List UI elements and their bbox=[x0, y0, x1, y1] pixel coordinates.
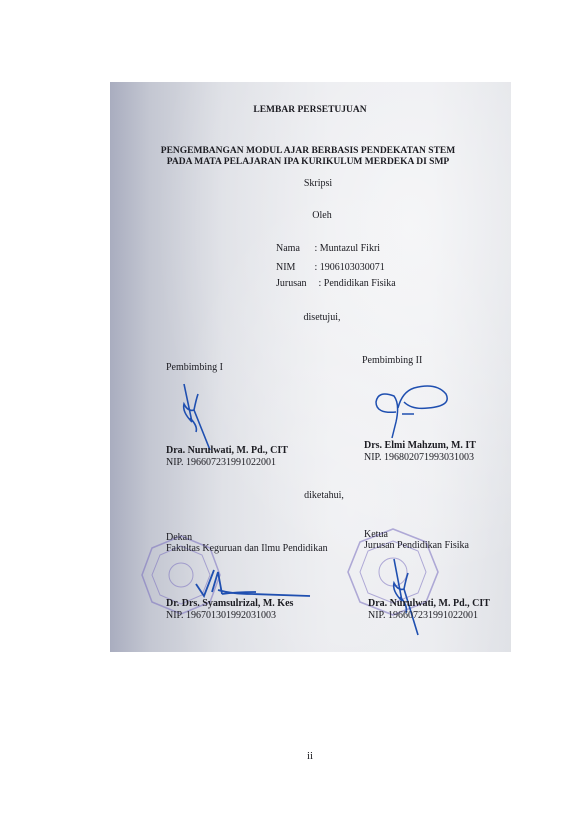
field-value: : 1906103030071 bbox=[315, 262, 385, 273]
author-nim-row: NIM : 1906103030071 bbox=[276, 262, 385, 273]
author-department-row: Jurusan : Pendidikan Fisika bbox=[276, 278, 396, 289]
supervisor-2-nip: NIP. 196802071993031003 bbox=[364, 452, 474, 464]
signature-dean bbox=[192, 562, 312, 602]
approved-label: disetujui, bbox=[304, 312, 341, 324]
dean-unit: Fakultas Keguruan dan Ilmu Pendidikan bbox=[166, 543, 328, 555]
document-type: Skripsi bbox=[304, 178, 332, 190]
supervisor-1-nip: NIP. 196607231991022001 bbox=[166, 457, 276, 469]
field-label: Jurusan bbox=[276, 278, 316, 289]
head-name: Dra. Nurulwati, M. Pd., CIT bbox=[368, 598, 490, 610]
author-name-row: Nama : Muntazul Fikri bbox=[276, 243, 380, 254]
dean-nip: NIP. 196701301992031003 bbox=[166, 610, 276, 622]
signature-department-head bbox=[380, 557, 430, 637]
field-label: Nama bbox=[276, 243, 312, 254]
field-label: NIM bbox=[276, 262, 312, 273]
field-value: : Pendidikan Fisika bbox=[319, 278, 396, 289]
thesis-title-line-2: PADA MATA PELAJARAN IPA KURIKULUM MERDEK… bbox=[167, 156, 449, 168]
supervisor-2-name: Drs. Elmi Mahzum, M. IT bbox=[364, 440, 476, 452]
supervisor-2-role: Pembimbing II bbox=[362, 355, 422, 367]
dean-name: Dr. Drs. Syamsulrizal, M. Kes bbox=[166, 598, 293, 610]
supervisor-1-name: Dra. Nurulwati, M. Pd., CIT bbox=[166, 445, 288, 457]
supervisor-1-role: Pembimbing I bbox=[166, 362, 223, 374]
field-value: : Muntazul Fikri bbox=[315, 243, 381, 254]
acknowledged-label: diketahui, bbox=[304, 490, 344, 502]
page-number: ii bbox=[307, 750, 313, 762]
head-nip: NIP. 196607231991022001 bbox=[368, 610, 478, 622]
head-unit: Jurusan Pendidikan Fisika bbox=[364, 540, 469, 552]
by-label: Oleh bbox=[312, 210, 331, 222]
signature-supervisor-2 bbox=[368, 382, 458, 442]
document-heading: LEMBAR PERSETUJUAN bbox=[253, 104, 366, 116]
scanned-approval-page-photo: LEMBAR PERSETUJUAN PENGEMBANGAN MODUL AJ… bbox=[110, 82, 511, 652]
signature-supervisor-1 bbox=[172, 382, 222, 452]
